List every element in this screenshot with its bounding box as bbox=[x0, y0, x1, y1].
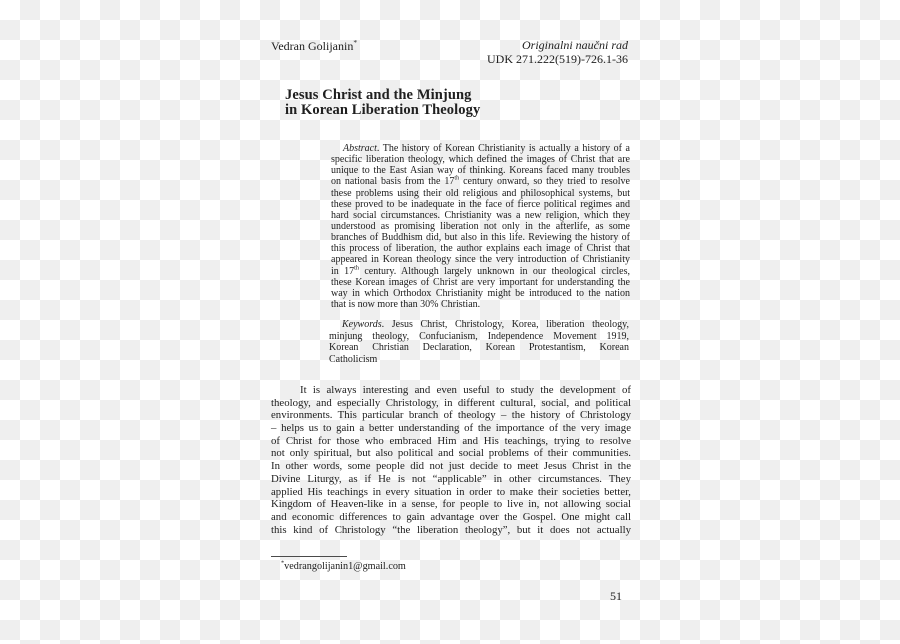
text-line: these problems using their old religious… bbox=[331, 188, 630, 199]
text-segment: century onward, so they tried to resolve bbox=[459, 176, 630, 187]
text-line: Abstract. The history of Korean Christia… bbox=[331, 143, 630, 154]
text-segment: . Jesus Christ, Christology, Korea, libe… bbox=[382, 319, 629, 330]
text-line: not only spiritual, but also political a… bbox=[271, 447, 631, 460]
text-line: theology, and especially Christology, in… bbox=[271, 397, 631, 410]
text-segment: Abstract bbox=[343, 143, 377, 154]
footnote-email: *vedrangolijanin1@gmail.com bbox=[281, 561, 406, 573]
text-segment: . The history of Korean Christianity is … bbox=[377, 143, 630, 154]
text-line: hard social circumstances. Christianity … bbox=[331, 210, 630, 221]
text-line: It is always interesting and even useful… bbox=[271, 384, 631, 397]
superscript-text: * bbox=[353, 38, 357, 47]
text-line: appeared in Korean theology since the ve… bbox=[331, 254, 630, 265]
text-line: branches of Buddhism did, but also in th… bbox=[331, 232, 630, 243]
text-line: Catholicism bbox=[329, 354, 629, 366]
text-line: in Korean Liberation Theology bbox=[285, 103, 480, 118]
text-line: applied His teachings in every situation… bbox=[271, 486, 631, 499]
text-line: unique to the East Asian way of thinking… bbox=[331, 165, 630, 176]
author-name: Vedran Golijanin* bbox=[271, 39, 357, 53]
paper-title: Jesus Christ and the Minjungin Korean Li… bbox=[285, 88, 480, 117]
document-page: Vedran Golijanin* Originalni naučni rad … bbox=[0, 0, 900, 644]
text-line: on national basis from the 17th century … bbox=[331, 176, 630, 187]
page-number: 51 bbox=[610, 590, 622, 603]
text-segment: on national basis from the 17 bbox=[331, 176, 454, 187]
text-segment: in 17 bbox=[331, 266, 354, 277]
text-line: minjung theology, Confucianism, Independ… bbox=[329, 331, 629, 343]
text-line: these Korean images of Christ are very i… bbox=[331, 277, 630, 288]
text-segment: century. Although largely unknown in our… bbox=[359, 266, 630, 277]
text-line: Divine Liturgy, as if He is not “applica… bbox=[271, 473, 631, 486]
text-segment: vedrangolijanin1@gmail.com bbox=[284, 561, 406, 572]
text-line: that is now more than 30% Christian. bbox=[331, 299, 630, 310]
text-line: – helps us to gain a better understandin… bbox=[271, 422, 631, 435]
text-line: way in which Orthodox Christianity might… bbox=[331, 288, 630, 299]
text-line: of Christ for those who embraced Him and… bbox=[271, 435, 631, 448]
header-right: Originalni naučni rad UDK 271.222(519)-7… bbox=[487, 39, 628, 66]
text-line: Keywords. Jesus Christ, Christology, Kor… bbox=[329, 319, 629, 331]
keywords-paragraph: Keywords. Jesus Christ, Christology, Kor… bbox=[329, 319, 629, 365]
text-line: understood as promising liberation not o… bbox=[331, 221, 630, 232]
article-type-label: Originalni naučni rad bbox=[487, 39, 628, 53]
text-segment: Keywords bbox=[342, 319, 382, 330]
text-line: in 17th century. Although largely unknow… bbox=[331, 266, 630, 277]
text-line: Kingdom of Heaven-like in a sense, for p… bbox=[271, 498, 631, 511]
body-paragraph: It is always interesting and even useful… bbox=[271, 384, 631, 536]
text-line: Jesus Christ and the Minjung bbox=[285, 88, 480, 103]
abstract-paragraph: Abstract. The history of Korean Christia… bbox=[331, 143, 630, 310]
text-line: this kind of Christology “the liberation… bbox=[271, 524, 631, 537]
udk-number: UDK 271.222(519)-726.1-36 bbox=[487, 53, 628, 67]
text-line: these proved to be inadequate in the fac… bbox=[331, 199, 630, 210]
footnote-rule bbox=[271, 556, 347, 557]
text-segment: Vedran Golijanin bbox=[271, 39, 353, 53]
text-line: this process of liberation, the author e… bbox=[331, 243, 630, 254]
text-line: environments. This particular branch of … bbox=[271, 409, 631, 422]
text-line: In other words, some people did not just… bbox=[271, 460, 631, 473]
text-line: and economic differences to gain advanta… bbox=[271, 511, 631, 524]
text-line: Korean Christian Declaration, Korean Pro… bbox=[329, 342, 629, 354]
text-line: specific liberation theology, which defi… bbox=[331, 154, 630, 165]
